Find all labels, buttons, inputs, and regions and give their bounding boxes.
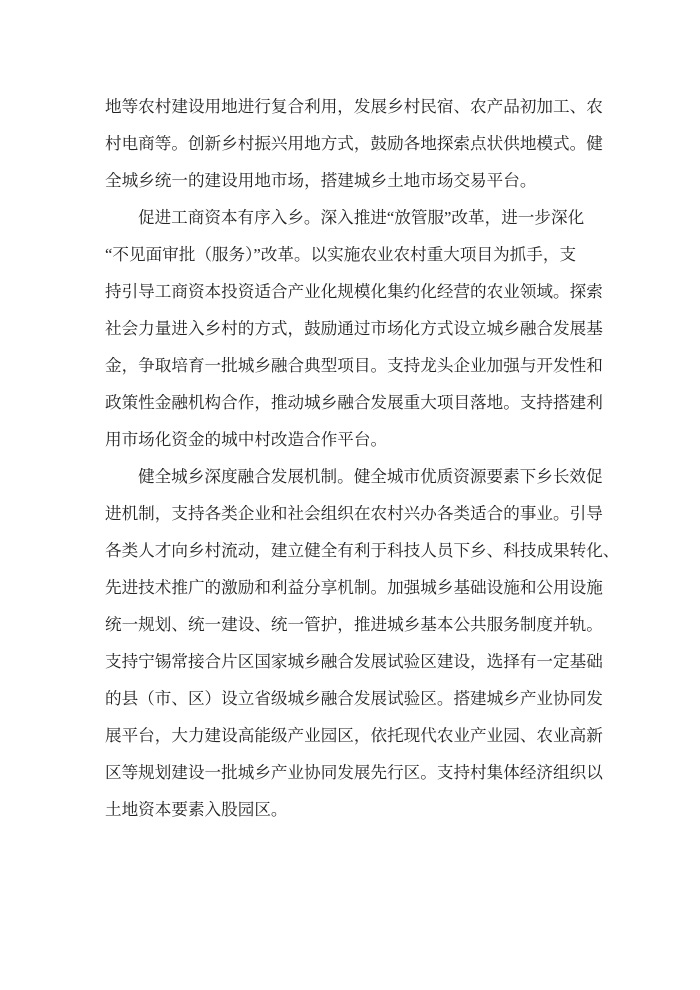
text-line-p3-l7: 的县（市、区）设立省级城乡融合发展试验区。搭建城乡产业协同发 (105, 680, 602, 717)
text-line-p3-l6: 支持宁锡常接合片区国家城乡融合发展试验区建设，选择有一定基础 (105, 643, 602, 680)
text-line-p1-l1: 地等农村建设用地进行复合利用，发展乡村民宿、农产品初加工、农 (105, 88, 602, 125)
text-line-p3-l4: 先进技术推广的激励和利益分享机制。加强城乡基础设施和公用设施 (105, 569, 602, 606)
text-line-p3-l9: 区等规划建设一批城乡产业协同发展先行区。支持村集体经济组织以 (105, 754, 602, 791)
text-line-p1-l3: 全城乡统一的建设用地市场，搭建城乡土地市场交易平台。 (105, 162, 602, 199)
document-text-block: 地等农村建设用地进行复合利用，发展乡村民宿、农产品初加工、农村电商等。创新乡村振… (105, 88, 602, 828)
text-line-p3-l2: 进机制，支持各类企业和社会组织在农村兴办各类适合的事业。引导 (105, 495, 602, 532)
text-line-p2-l7: 用市场化资金的城中村改造合作平台。 (105, 421, 602, 458)
text-line-p3-l3: 各类人才向乡村流动，建立健全有利于科技人员下乡、科技成果转化、 (105, 532, 602, 569)
text-line-p2-l2: “不见面审批（服务）”改革。以实施农业农村重大项目为抓手，支 (105, 236, 602, 273)
text-line-p3-l1: 健全城乡深度融合发展机制。健全城市优质资源要素下乡长效促 (105, 458, 602, 495)
text-line-p2-l4: 社会力量进入乡村的方式，鼓励通过市场化方式设立城乡融合发展基 (105, 310, 602, 347)
text-line-p2-l5: 金，争取培育一批城乡融合典型项目。支持龙头企业加强与开发性和 (105, 347, 602, 384)
text-line-p2-l6: 政策性金融机构合作，推动城乡融合发展重大项目落地。支持搭建利 (105, 384, 602, 421)
text-line-p3-l10: 土地资本要素入股园区。 (105, 791, 602, 828)
document-page: 地等农村建设用地进行复合利用，发展乡村民宿、农产品初加工、农村电商等。创新乡村振… (0, 0, 700, 990)
text-line-p2-l3: 持引导工商资本投资适合产业化规模化集约化经营的农业领域。探索 (105, 273, 602, 310)
text-line-p2-l1: 促进工商资本有序入乡。深入推进“放管服”改革，进一步深化 (105, 199, 602, 236)
text-line-p3-l5: 统一规划、统一建设、统一管护，推进城乡基本公共服务制度并轨。 (105, 606, 602, 643)
text-line-p1-l2: 村电商等。创新乡村振兴用地方式，鼓励各地探索点状供地模式。健 (105, 125, 602, 162)
text-line-p3-l8: 展平台，大力建设高能级产业园区，依托现代农业产业园、农业高新 (105, 717, 602, 754)
